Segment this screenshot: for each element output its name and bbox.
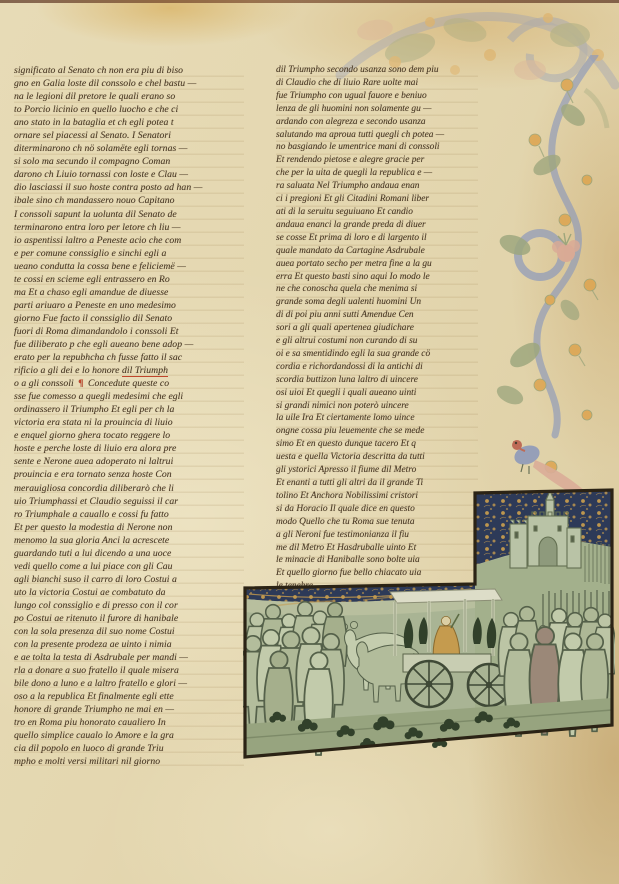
floral-border-right-margin bbox=[495, 55, 619, 495]
manuscript-line: parti ariuaro a Peneste en uno medesimo bbox=[14, 299, 244, 312]
manuscript-line: ma Et a chaso egli amandue de diuesse bbox=[14, 286, 244, 299]
manuscript-line: la uile Ira Et ciertamente lomo uince bbox=[276, 412, 478, 425]
manuscript-line: oi e sa smentidindo egli la sua grande c… bbox=[276, 348, 478, 361]
manuscript-line: e enquel giorno ghera tocato reggere lo bbox=[14, 429, 244, 442]
manuscript-line: erra Et questo basti sino aqui Io modo l… bbox=[276, 271, 478, 284]
manuscript-line: agli bianchi suso il carro di loro Costu… bbox=[14, 573, 244, 586]
manuscript-line: ardando con alegreza e secondo usanza bbox=[276, 116, 478, 129]
manuscript-line: honore di grande Triumpho ne mai en — bbox=[14, 703, 244, 716]
manuscript-line: sori a gli quali apertenea giudichare bbox=[276, 322, 478, 335]
manuscript-line: I conssoli sapunt la uolunta dil Senato … bbox=[14, 208, 244, 221]
manuscript-line: dil Triumpho secondo usanza sono dem piu bbox=[276, 64, 478, 77]
manuscript-line: merauigliosa concordia diliberarò che li bbox=[14, 482, 244, 495]
manuscript-line: mpho e molti versi militari nil giorno bbox=[14, 755, 244, 768]
manuscript-line: ne che conoscha quela che menima si bbox=[276, 283, 478, 296]
manuscript-line: con la sola presenza dil suo nome Costui bbox=[14, 625, 244, 638]
manuscript-line: ro Triumphale a cauallo e cossi fu fatto bbox=[14, 508, 244, 521]
manuscript-line: guardando tuti a lui dicendo a una uoce bbox=[14, 547, 244, 560]
manuscript-line: salutando ma aproua tutti quegli ch pote… bbox=[276, 129, 478, 142]
manuscript-line: te cossi en scieme egli entrassero en Ro bbox=[14, 273, 244, 286]
castle-gate-arch bbox=[539, 537, 557, 566]
manuscript-line: si grandi nimici non poterò uincere bbox=[276, 400, 478, 413]
manuscript-line: ornare sel piacessi al Senato. I Senator… bbox=[14, 129, 244, 142]
manuscript-line: po Costui ae ritenuto il furore di hanib… bbox=[14, 612, 244, 625]
manuscript-line: o a gli conssoli ¶ Concedute queste co bbox=[14, 377, 244, 390]
distant-spears bbox=[585, 543, 609, 584]
manuscript-page: significato al Senato ch non era piu di … bbox=[0, 0, 619, 884]
manuscript-line: terminarono entra loro per letore ch liu… bbox=[14, 221, 244, 234]
manuscript-line: Et per questo la modestia di Nerone non bbox=[14, 521, 244, 534]
manuscript-line: rificio a gli dei e lo honore dil Triump… bbox=[14, 364, 244, 377]
castle-right-tower bbox=[567, 528, 581, 568]
manuscript-line: rla a donare a suo fratello il quale mis… bbox=[14, 664, 244, 677]
gold-seed-dots bbox=[529, 79, 596, 473]
red-paragraph-mark: ¶ bbox=[76, 378, 85, 389]
manuscript-line: uto la victoria Costui ae combatuto da bbox=[14, 586, 244, 599]
manuscript-line: uesta e quella Victoria descritta da tut… bbox=[276, 451, 478, 464]
manuscript-line: e per comune conssiglio e sinchi egli a bbox=[14, 247, 244, 260]
manuscript-line: si solo ma secundo il compagno Coman bbox=[14, 155, 244, 168]
manuscript-line: sente e Nerone auea adoperato ni laltrui bbox=[14, 455, 244, 468]
manuscript-line: diterminarono ch nö solamëte egli tornas… bbox=[14, 142, 244, 155]
manuscript-line: menomo la sua gloria Anci la acrescete bbox=[14, 534, 244, 547]
manuscript-line: ra saluata Nel Triumpho andaua enan bbox=[276, 180, 478, 193]
manuscript-line: con la presente prodeza ae uinto i nimia bbox=[14, 638, 244, 651]
manuscript-line: darono ch Liuio tornassi con loste e Cla… bbox=[14, 168, 244, 181]
manuscript-line: na le legioni dil pretore le quali erano… bbox=[14, 90, 244, 103]
manuscript-line: auea portato secho per metra fine a la g… bbox=[276, 258, 478, 271]
vine-leaves bbox=[495, 100, 589, 408]
manuscript-line: se cosse Et prima di loro e di largento … bbox=[276, 232, 478, 245]
manuscript-line: uio Triumphassi et Claudio seguissi il c… bbox=[14, 495, 244, 508]
manuscript-line: fue diliberato p che egli aueano bene ad… bbox=[14, 338, 244, 351]
manuscript-line: quale mandato da Cartagine Asdrubale bbox=[276, 245, 478, 258]
manuscript-line: hoste e perche loste di liuio era alora … bbox=[14, 442, 244, 455]
text-column-left: significato al Senato ch non era piu di … bbox=[14, 64, 244, 769]
manuscript-line: no basgiando le umentrice mani di consso… bbox=[276, 141, 478, 154]
manuscript-line: e gli altrui costumi non curando di su bbox=[276, 335, 478, 348]
manuscript-line: tro en Roma piu honorato caualiero In bbox=[14, 716, 244, 729]
manuscript-line: prouincia e era tornato senza hoste Con bbox=[14, 468, 244, 481]
manuscript-line: sse fue comesso a quegli medesimi che eg… bbox=[14, 390, 244, 403]
manuscript-line: ordinassero il Triumpho Et egli per ch l… bbox=[14, 403, 244, 416]
manuscript-line: cordia e richordandossi di la antichi di bbox=[276, 361, 478, 374]
page-top-edge bbox=[0, 0, 619, 3]
manuscript-line: cia dil popolo en luoco di grande Triu bbox=[14, 742, 244, 755]
red-underlined-text: dil Triumph bbox=[122, 365, 168, 377]
pink-flower bbox=[552, 233, 580, 262]
manuscript-line: ueano condutta la cossa bene e feliciemë… bbox=[14, 260, 244, 273]
manuscript-line: dio lasciassi il suo hoste contra posto … bbox=[14, 181, 244, 194]
manuscript-line: osi uioi Et quegli i quali aueano uinti bbox=[276, 387, 478, 400]
manuscript-line: gno en Galia loste dil conssolo e chel b… bbox=[14, 77, 244, 90]
castle-left-tower bbox=[510, 524, 527, 568]
manuscript-line: vedi quello come a lui piace con gli Cau bbox=[14, 560, 244, 573]
manuscript-line: lungo col conssiglio e di presso con il … bbox=[14, 599, 244, 612]
manuscript-line: ci i pregioni Et gli Citadini Romani lib… bbox=[276, 193, 478, 206]
manuscript-line: victoria era stata ni la prouincia di li… bbox=[14, 416, 244, 429]
manuscript-line: significato al Senato ch non era piu di … bbox=[14, 64, 244, 77]
manuscript-line: ibale sino ch mandassero nouo Capitano bbox=[14, 194, 244, 207]
manuscript-line: ongne cossa piu leuemente che se mede bbox=[276, 425, 478, 438]
manuscript-line: andaua enanci la grande preda di diuer bbox=[276, 219, 478, 232]
manuscript-line: simo Et en questo dunque tacero Et q bbox=[276, 438, 478, 451]
manuscript-line: giorno Fue facto il conssiglio dil Senat… bbox=[14, 312, 244, 325]
manuscript-line: grande soma degli ualenti huomini Un bbox=[276, 296, 478, 309]
manuscript-line: quello simplice caualo lo Amore e la gra bbox=[14, 729, 244, 742]
manuscript-line: di Claudio che di liuio Rare uolte mai bbox=[276, 77, 478, 90]
manuscript-line: ano stato in la bataglia et ch egli pote… bbox=[14, 116, 244, 129]
manuscript-line: oso a la republica Et finalmente egli et… bbox=[14, 690, 244, 703]
vine-stem bbox=[518, 55, 595, 435]
manuscript-line: fuori di Roma dimandandolo i conssoli Et bbox=[14, 325, 244, 338]
manuscript-line: Et rendendo pietose e alegre gracie per bbox=[276, 154, 478, 167]
manuscript-line: di di poi piu anni sutti Amendue Cen bbox=[276, 309, 478, 322]
miniature-triumphal-procession bbox=[243, 486, 615, 762]
manuscript-line: scordia buttizon luna laltro di uincere bbox=[276, 374, 478, 387]
manuscript-line: ati di la seruitu seguiuano Et candio bbox=[276, 206, 478, 219]
manuscript-line: lenza de gli huomini non solamente gu — bbox=[276, 103, 478, 116]
manuscript-line: e ae tolta la testa di Asdrubale per man… bbox=[14, 651, 244, 664]
manuscript-line: to Porcio licinio en quello luocho e che… bbox=[14, 103, 244, 116]
chariot-canopy-roof bbox=[390, 589, 502, 603]
manuscript-line: gli ystorici Apresso il fiume dil Metro bbox=[276, 464, 478, 477]
manuscript-line: bile dono a luno e a laltro fratello e g… bbox=[14, 677, 244, 690]
manuscript-line: erato per la repubhcha ch fusse fatto il… bbox=[14, 351, 244, 364]
manuscript-line: io aspentissi laltro a Peneste acio che … bbox=[14, 234, 244, 247]
chariot-wheel-front bbox=[406, 661, 452, 707]
manuscript-line: fue Triumpho con ugual fauore e beniuo bbox=[276, 90, 478, 103]
manuscript-line: che per la uita de quegli la republica e… bbox=[276, 167, 478, 180]
